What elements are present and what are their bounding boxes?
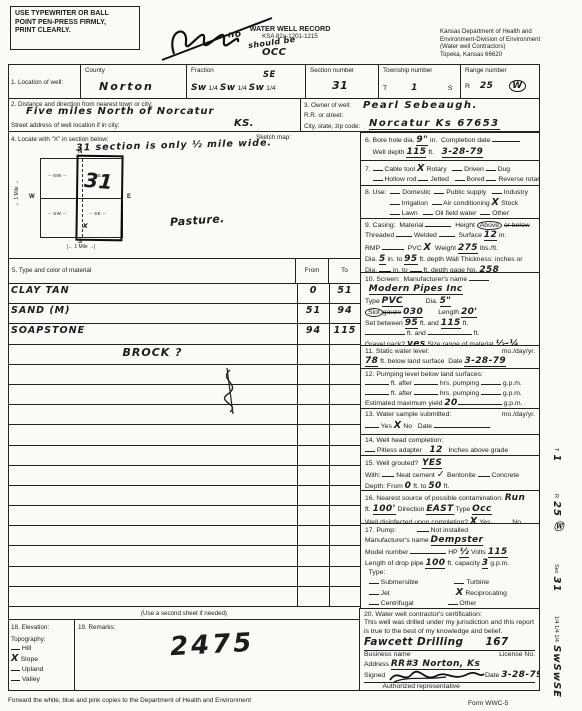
text-segment: Lawn (400, 210, 424, 217)
text-segment: YES (422, 458, 442, 469)
text-segment: lbs./ft. (478, 245, 498, 252)
material-cell (8, 546, 297, 565)
second-sheet-note: (Use a second sheet if needed) (8, 606, 360, 620)
from-cell (297, 446, 329, 465)
text-segment: Length of drop pipe (365, 560, 425, 567)
text-segment: 3-28-79 (442, 147, 484, 158)
margin-annotation: 1/4 1/4 1/4 SwSwSE (547, 616, 565, 698)
material-cell (8, 446, 297, 465)
text-segment: 14. Well head completion: (365, 437, 443, 444)
blank-line (481, 389, 501, 395)
text-segment: 12. Pumping level below land surfaces: (365, 371, 483, 378)
material-cell (8, 526, 297, 545)
compass-east: E (127, 194, 131, 200)
material-cell (8, 587, 297, 606)
text-segment: 5 (379, 254, 386, 265)
text-segment: Jet (379, 590, 390, 597)
signature (386, 668, 486, 686)
from-cell: 51 (297, 304, 329, 323)
text-segment: or below (504, 222, 530, 229)
casing-line: Dia. 5 in. to 95 ft. depth Wall Thicknes… (365, 254, 535, 265)
text-segment: Centrifugal (379, 600, 414, 607)
text-segment (365, 200, 390, 207)
from-cell: 0 (297, 284, 329, 303)
text-segment: ft. depth Wall Thickness: inches or (418, 256, 523, 263)
text-segment: ft. (461, 320, 469, 327)
static-level-line: 78 ft. below land surface Date 3-28-79 (365, 356, 535, 367)
blank-line (454, 578, 464, 584)
agency-line: Topeka, Kansas 66620 (440, 51, 580, 59)
quadrant-sw: -- SW -- (48, 211, 66, 216)
agency-line: (Water well Contractors) (440, 43, 580, 51)
text-segment: Bored (465, 176, 487, 183)
text-segment: 10. Screen: Manufacturer's name (365, 276, 469, 283)
text-segment: Public supply (444, 189, 492, 196)
text-segment: Surface (455, 232, 484, 239)
text-segment: Upland (20, 666, 43, 673)
text-segment: Irrigation (400, 200, 432, 207)
text-segment: ft. and (418, 320, 441, 327)
compass-west: W (29, 194, 35, 200)
pumping-line: ft. after hrs. pumping g.p.m. (365, 389, 535, 398)
materials-scribble (200, 368, 260, 414)
text-segment: W (509, 80, 525, 92)
casing-line: 9. Casing: Material Height Above or belo… (365, 221, 535, 230)
text-segment: in. Completion date (428, 137, 492, 144)
grouting-line: With: Neat cement ✓ Bentonite Concrete (365, 469, 535, 481)
text-segment: Driven (462, 166, 485, 173)
static-level-line: 11. Static water level:mo./day/yr. (365, 348, 535, 356)
text-segment (387, 89, 411, 90)
to-cell (329, 526, 360, 545)
text-segment: 15. Well grouted? (365, 460, 422, 467)
text-segment (463, 644, 485, 645)
margin-annotation-label: Sec (553, 564, 559, 577)
text-segment: Dia. (403, 298, 440, 305)
range-value: R25W (465, 81, 526, 92)
material-cell (8, 567, 297, 586)
material-table-row (8, 424, 360, 444)
text-segment: 3-28-79 (501, 670, 540, 680)
blank-line (414, 379, 438, 385)
section-11-static-level: 11. Static water level:mo./day/yr. 78 ft… (360, 345, 540, 369)
from-cell (297, 425, 329, 444)
section-4-sketch: 4. Locate with "X" in section below: Ske… (8, 132, 360, 258)
screen-line: ft. and ft. (365, 329, 535, 338)
blank-line (390, 188, 400, 194)
margin-annotation-label: R (553, 494, 559, 501)
text-segment: Threaded (365, 232, 396, 239)
blank-line (478, 471, 490, 477)
material-table-title: 5. Type and color of material (8, 259, 295, 283)
pump-line: Length of drop pipe 100 ft. capacity 3 g… (365, 558, 535, 569)
section-6-bore-hole: 6. Bore hole dia. 9" in. Completion date… (360, 132, 540, 161)
pump-line: Manufacturer's name Dempster (365, 535, 535, 546)
distance-value-1: Five miles North of Norcatur (26, 106, 214, 117)
text-segment: Bentonite (445, 472, 478, 479)
from-cell (297, 526, 329, 545)
text-segment: in. to (386, 256, 405, 263)
text-segment (470, 87, 480, 88)
material-table-row (8, 364, 360, 384)
section-31-handwritten: 31 (83, 168, 114, 194)
material-table-row: SOAPSTONE94115 (8, 323, 360, 343)
text-segment: Concrete (490, 472, 519, 479)
blank-line (369, 578, 379, 584)
text-segment: EAST (426, 504, 453, 515)
blank-line (365, 379, 389, 385)
to-cell: 51 (329, 284, 360, 303)
blank-line (418, 175, 428, 181)
section-7-drill-method: 7. Cable tool X Rotary Driven Dug Hollow… (360, 160, 540, 186)
text-segment: Height (451, 222, 476, 229)
margin-annotation-value: 1 (551, 454, 562, 462)
to-cell (329, 345, 360, 364)
blank-line (373, 175, 383, 181)
text-segment: Manufacturer's name (365, 537, 431, 544)
agency-line: Environment-Division of Environment (440, 36, 580, 44)
text-segment: Dug (496, 166, 510, 173)
well-head-line: 14. Well head completion: (365, 437, 535, 445)
text-segment: ft. and (405, 330, 428, 337)
x-mark: ✓ (437, 469, 445, 480)
text-segment: 7. (365, 166, 373, 173)
topography-block: Topography: Hill X Slope Upland Valley (11, 636, 46, 684)
text-segment: 8. Use: (365, 189, 390, 196)
range-cell: Range number R25W (460, 65, 540, 98)
street-address-label: Street address of well location if in ci… (11, 122, 120, 129)
quadrant-nw: -- NW -- (48, 173, 67, 178)
material-cell: CLAY TAN (8, 284, 297, 303)
text-segment: Type: (365, 569, 385, 576)
city-state-zip-value: Norcatur Ks 67653 (369, 118, 500, 130)
text-segment: 115 (406, 147, 426, 158)
to-cell (329, 587, 360, 606)
material-cell (8, 486, 297, 505)
handwritten-occ: OCC (262, 47, 286, 58)
owner-label: 3. Owner of well: (304, 102, 351, 109)
section-number-value: 31 (332, 79, 348, 92)
text-segment (365, 210, 390, 217)
bore-hole-line: 6. Bore hole dia. 9" in. Completion date (365, 135, 535, 146)
text-segment: Direction (396, 506, 427, 513)
blank-line (365, 446, 375, 452)
text-segment: g.p.m. (488, 560, 509, 567)
text-segment: 20' (461, 307, 477, 318)
text-segment: 275 (458, 243, 478, 254)
to-cell (329, 567, 360, 586)
screen-line: Modern Pipes Inc (365, 284, 535, 295)
blank-line (390, 199, 400, 205)
text-segment: Dempster (431, 535, 484, 546)
text-segment: Hill (20, 645, 31, 652)
text-segment: Stock (499, 200, 518, 207)
pasture-note: Pasture. (170, 212, 225, 229)
blank-line (434, 188, 444, 194)
text-segment: ft. after (389, 380, 414, 387)
text-segment: g.p.m. (501, 390, 522, 397)
text-segment: Other (490, 210, 509, 217)
text-segment: Slot (365, 308, 383, 317)
range-label: Range number (465, 67, 507, 74)
text-segment: Volts (469, 549, 488, 556)
rr-street-label: R.R. or street: (304, 112, 343, 119)
text-segment: Sw (249, 83, 265, 93)
section-9-casing: 9. Casing: Material Height Above or belo… (360, 218, 540, 273)
elevation-label: 18. Elevation: (11, 624, 49, 631)
text-segment (414, 604, 448, 605)
material-cell: SAND (M) (8, 304, 297, 323)
owner-cell: 3. Owner of well: Pearl Sebeaugh. R.R. o… (300, 99, 540, 132)
screen-line: Type PVC Dia. 5" (365, 296, 535, 307)
margin-annotation-value: 31 (551, 577, 562, 593)
text-segment: 1 (411, 83, 418, 93)
text-segment: 100' (373, 504, 396, 515)
fraction-correction: SE (263, 70, 276, 80)
text-segment: 5" (440, 296, 452, 307)
text-segment: Address (364, 661, 391, 668)
material-table-row (8, 485, 360, 505)
blank-line (452, 165, 462, 171)
text-segment: is true to the best of my knowledge and … (364, 628, 502, 635)
text-segment (493, 87, 509, 88)
to-cell (329, 446, 360, 465)
from-cell (297, 506, 329, 525)
remarks-value: 2475 (169, 628, 255, 662)
text-segment: Model number (365, 549, 410, 556)
to-cell (329, 506, 360, 525)
location-label: 1. Location of well: (11, 79, 63, 86)
water-sample-line: 13. Water sample submitted:mo./day/yr. (365, 411, 535, 419)
pump-type-line: JetX Reciprocating (365, 587, 535, 599)
from-cell (297, 345, 329, 364)
from-cell (297, 486, 329, 505)
material-table-body: CLAY TAN051SAND (M)5194SOAPSTONE94115BRO… (8, 283, 360, 606)
blank-line (481, 379, 501, 385)
township-label: Township number (383, 67, 432, 74)
text-segment: 100 (425, 558, 445, 569)
text-segment: g.p.m. (501, 380, 522, 387)
section-15-grouting: 15. Well grouted? YES With: Neat cement … (360, 455, 540, 491)
text-segment: Pitless adapter (375, 447, 429, 454)
text-segment: 13. Water sample submitted: (365, 411, 451, 418)
text-segment: Sw (220, 83, 236, 93)
text-segment: PVC (382, 296, 403, 307)
text-segment: ft. after (389, 390, 414, 397)
material-table-row (8, 384, 360, 404)
blank-line (11, 665, 20, 671)
text-segment: Dia. (365, 256, 379, 263)
one-mile-vertical: ← 1 Mile → (14, 180, 20, 206)
blank-line (11, 644, 20, 650)
location-cell: 1. Location of well: (8, 65, 80, 98)
text-segment: Welded (412, 232, 439, 239)
text-segment: Well depth (365, 149, 406, 156)
drill-method-line: Hollow rod Jetted Bored Reverse rotary (365, 175, 535, 184)
material-cell: BROCK ? (8, 345, 297, 364)
blank-line (469, 275, 489, 281)
text-segment (365, 176, 373, 183)
to-cell (329, 385, 360, 404)
to-cell (329, 365, 360, 384)
screen-line: 10. Screen: Manufacturer's name (365, 275, 535, 284)
fraction-value: Sw 1/4 Sw 1/4 Sw 1/4 (191, 83, 276, 94)
well-x-mark: x (83, 221, 89, 230)
to-cell: 115 (329, 324, 360, 343)
blank-line (486, 175, 496, 181)
blank-line (417, 526, 429, 532)
text-segment: ½ (459, 547, 469, 558)
hand-drawn-section-outline: 31 x (75, 155, 123, 242)
text-segment: mo./day/yr. (502, 348, 535, 356)
text-segment: With: (365, 472, 382, 479)
text-segment: 95 (404, 254, 417, 265)
margin-annotation: Sec 31 (547, 564, 565, 592)
text-segment: hrs. pumping (438, 380, 481, 387)
from-cell (297, 587, 329, 606)
drill-method-line: 7. Cable tool X Rotary Driven Dug (365, 163, 535, 175)
material-table-header: 5. Type and color of material From To (8, 258, 360, 283)
text-segment: 115 (488, 547, 508, 558)
blank-line (448, 599, 458, 605)
text-segment: ft. below land surface Date (378, 358, 464, 365)
topography-valley: Valley (11, 675, 46, 684)
x-mark: X (11, 653, 19, 664)
blank-line (492, 188, 502, 194)
blank-line (396, 231, 412, 237)
text-segment: S (448, 85, 453, 92)
text-segment: 12 (484, 230, 497, 241)
text-segment: gauze (383, 309, 402, 316)
text-segment: Rotary (425, 166, 453, 173)
from-cell (297, 546, 329, 565)
text-segment: Cable tool (383, 166, 417, 173)
to-cell (329, 425, 360, 444)
text-segment: This well was drilled under my jurisdict… (364, 619, 534, 626)
to-cell (329, 486, 360, 505)
text-segment: ft. (426, 149, 441, 156)
material-cell (8, 506, 297, 525)
from-header: From (295, 259, 328, 283)
text-segment: 25 (480, 81, 493, 91)
blank-line (492, 136, 520, 142)
blank-line (369, 599, 379, 605)
text-segment: Inches above grade (443, 447, 508, 454)
text-segment: Above (477, 221, 502, 230)
well-depth-line: Well depth 115 ft. 3-28-79 (365, 147, 535, 158)
blank-line (425, 221, 451, 227)
text-segment: ft. capacity (445, 560, 481, 567)
text-segment: 16. Nearest source of possible contamina… (365, 495, 505, 502)
material-table-row: SAND (M)5194 (8, 303, 360, 323)
topography-slope: X Slope (11, 653, 46, 665)
certification-line: 20. Water well contractor's certificatio… (364, 611, 535, 619)
blank-line (486, 165, 496, 171)
text-segment: Other (458, 600, 477, 607)
bottom-band: 18. Elevation: 19. Remarks: Topography: … (8, 620, 359, 691)
blank-line (455, 175, 465, 181)
material-cell: SOAPSTONE (8, 324, 297, 343)
text-segment: Neat cement (394, 472, 436, 479)
text-segment (418, 89, 448, 90)
text-segment: 9" (416, 135, 428, 146)
section-17-pump: 17. Pump: Not installed Manufacturer's n… (360, 523, 540, 609)
section-8-use: 8. Use: Domestic Public supply Industry … (360, 185, 540, 219)
text-segment: Not installed (429, 527, 468, 534)
text-segment: Set between (365, 320, 405, 327)
blank-line (410, 548, 446, 554)
margin-annotation-label: 1/4 1/4 1/4 (553, 616, 559, 645)
distance-value-2: KS. (234, 118, 254, 129)
blank-line (390, 209, 400, 215)
text-segment: mo./day/yr. (502, 411, 535, 419)
material-cell (8, 425, 297, 444)
blank-line (434, 422, 490, 428)
margin-annotation-value: SwSwSE (551, 645, 562, 698)
fraction-cell: Fraction SE Sw 1/4 Sw 1/4 Sw 1/4 (186, 65, 305, 98)
certification-line: is true to the best of my knowledge and … (364, 628, 535, 636)
text-segment: g.p.m. (502, 400, 523, 407)
section-number-label: Section number (310, 67, 354, 74)
instructions-box: USE TYPEWRITER OR BALL POINT PEN-PRESS F… (10, 6, 140, 50)
certification-label-line: Business nameLicense No. (364, 651, 535, 659)
from-cell (297, 466, 329, 485)
blank-line (365, 422, 379, 428)
township-cell: Township number T1S (378, 65, 460, 98)
text-segment: ft. (472, 330, 480, 337)
grouting-line: 15. Well grouted? YES (365, 458, 535, 469)
margin-annotation: R 25 Ⓦ (547, 494, 565, 532)
use-line: 8. Use: Domestic Public supply Industry (365, 188, 535, 197)
contamination-line: ft. 100' Direction EAST Type Occ (365, 504, 535, 515)
text-segment: in. (497, 232, 506, 239)
text-segment: Oil field water (433, 210, 480, 217)
pumping-line: ft. after hrs. pumping g.p.m. (365, 379, 535, 388)
pumping-line: 12. Pumping level below land surfaces: (365, 371, 535, 379)
text-segment: 167 (485, 636, 508, 648)
blank-line (365, 329, 405, 335)
screen-line: Slotgauze 030 Length 20' (365, 307, 535, 318)
instructions-line: POINT PEN-PRESS FIRMLY, (15, 19, 135, 28)
form-number: Form WWC-5 (468, 700, 508, 707)
county-cell: County Norton (80, 65, 186, 98)
text-segment: Yes (379, 423, 394, 430)
row-location: 1. Location of well: County Norton Fract… (8, 65, 540, 99)
margin-annotation-value: 25 Ⓦ (551, 501, 562, 532)
distance-direction-cell: 2. Distance and direction from nearest t… (8, 99, 300, 132)
text-segment: Hollow rod (383, 176, 419, 183)
fraction-label: Fraction (191, 67, 214, 74)
section-number-cell: Section number 31 (305, 65, 378, 98)
contamination-line: 16. Nearest source of possible contamina… (365, 493, 535, 504)
blank-line (432, 199, 442, 205)
township-value: T1S (383, 83, 452, 94)
text-segment: 20. Water well contractor's certificatio… (364, 611, 482, 618)
topography-upland: Upland (11, 665, 46, 674)
material-table-row (8, 445, 360, 465)
text-segment: 6. Bore hole dia. (365, 137, 416, 144)
text-segment: Occ (472, 504, 492, 515)
section-12-pumping-level: 12. Pumping level below land surfaces: f… (360, 368, 540, 409)
text-segment: 115 (441, 318, 461, 329)
blank-line (439, 231, 455, 237)
text-segment: Air conditioning (442, 200, 492, 207)
text-segment: 030 (403, 307, 423, 318)
blank-line (423, 209, 433, 215)
margin-annotations: T 1R 25 ⓌSec 311/4 1/4 1/4 SwSwSE (545, 448, 579, 708)
material-cell (8, 466, 297, 485)
text-segment: HP (446, 549, 459, 556)
